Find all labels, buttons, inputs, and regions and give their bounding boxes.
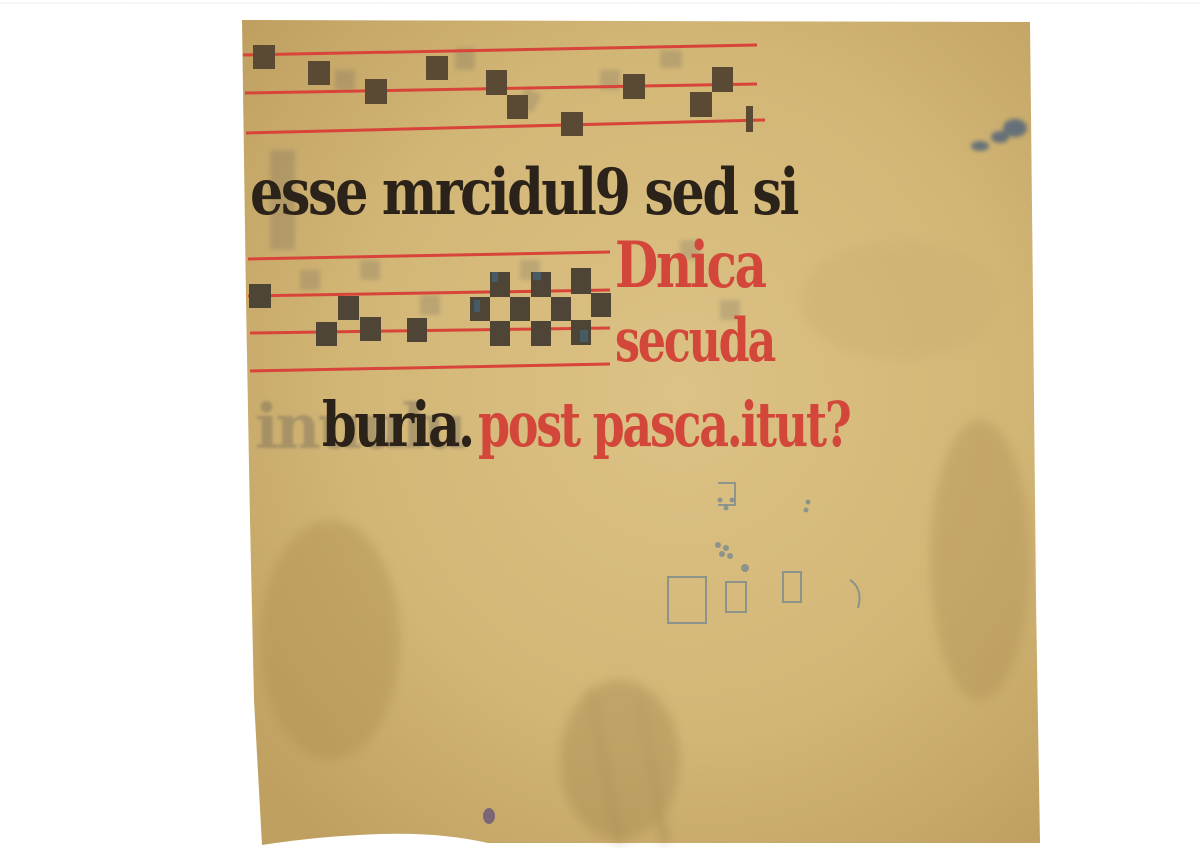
parchment-leaf: inuulu esse mrcidul9 sed si buria. Dnica… xyxy=(0,0,1200,848)
lyric-line-2: buria. xyxy=(322,388,473,461)
lyric-line-1: esse mrcidul9 sed si xyxy=(250,155,797,230)
rubric-line-3: post pasca.itut? xyxy=(478,388,849,461)
rubric-line-1: Dnica xyxy=(615,228,765,303)
purple-spot xyxy=(483,808,495,824)
rubric-line-2: secuda xyxy=(615,306,774,376)
